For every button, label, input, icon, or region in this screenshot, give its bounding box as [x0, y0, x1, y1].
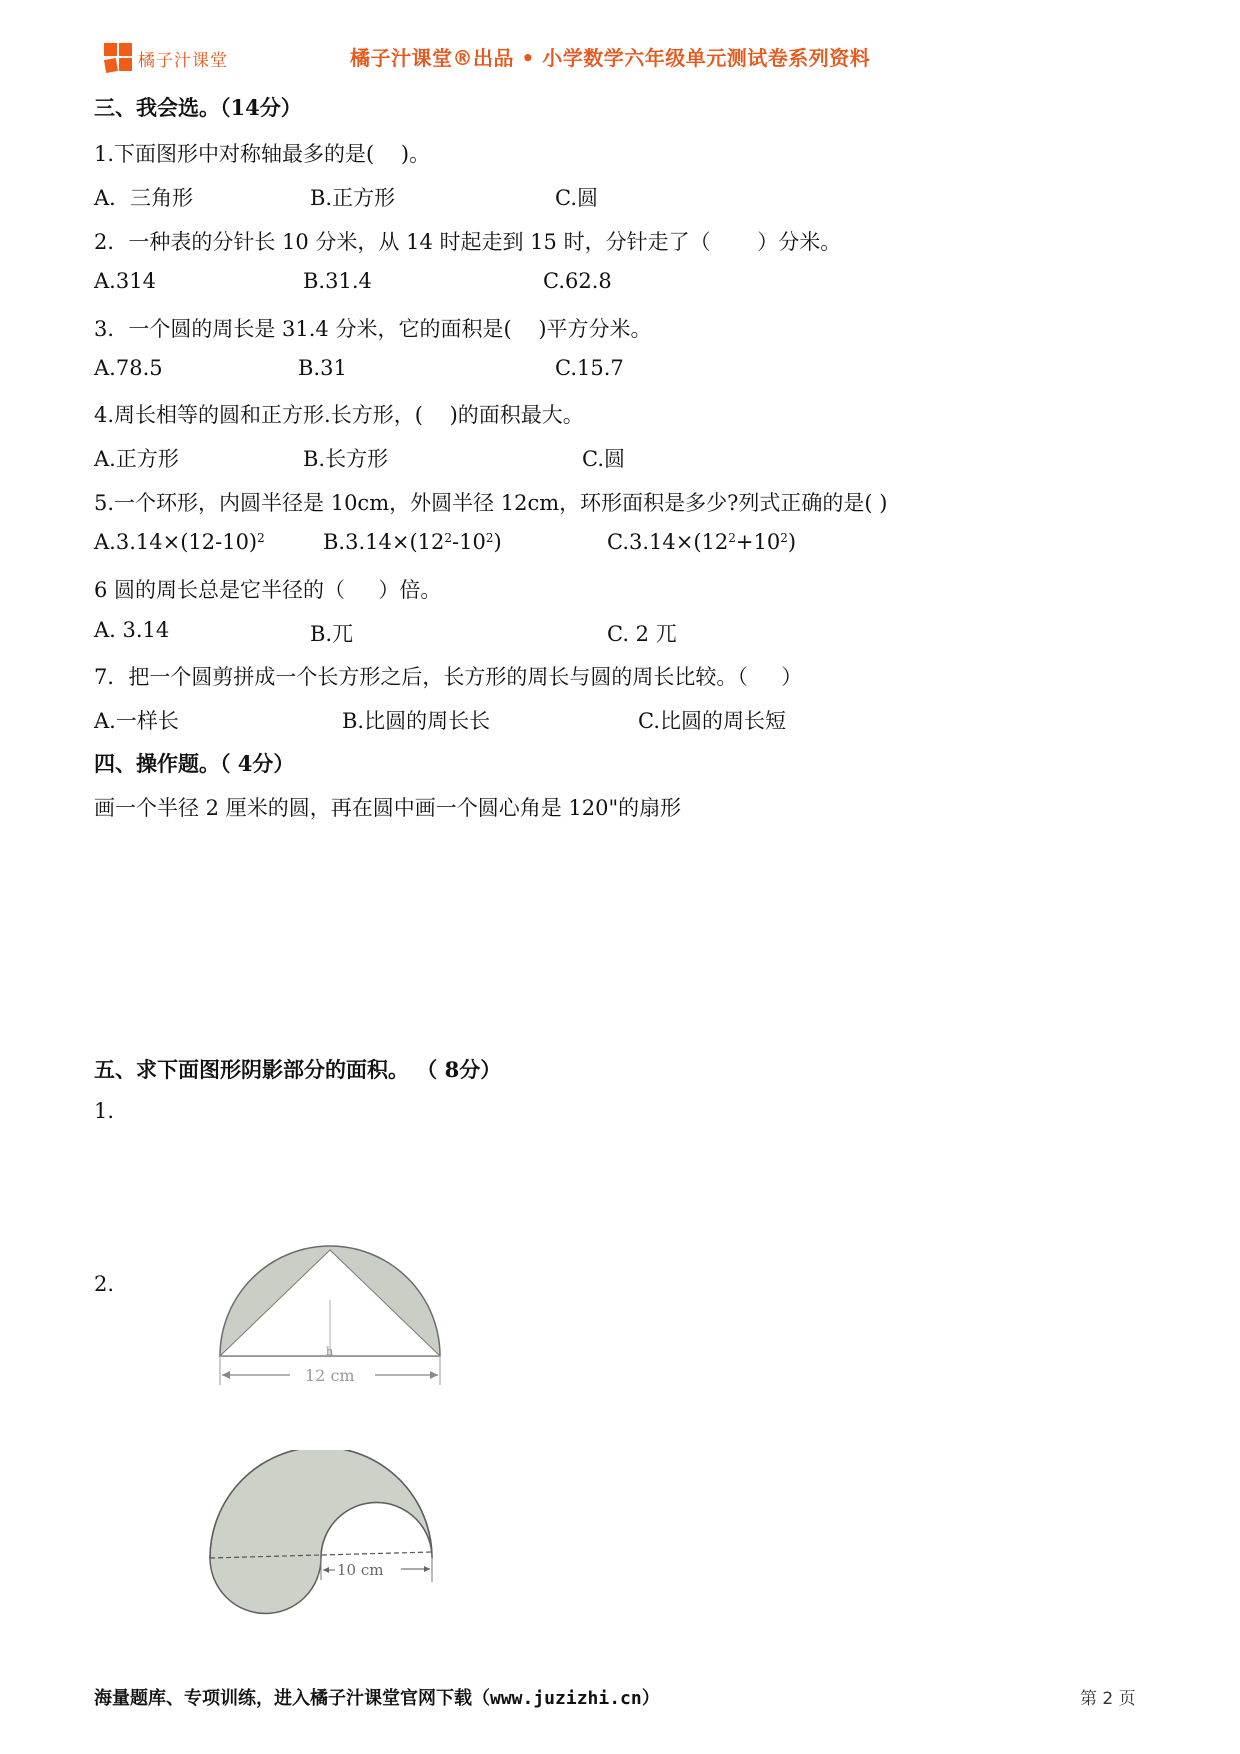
- q7-option-a: A.一样长: [94, 705, 179, 735]
- footer-promo: 海量题库、专项训练，进入橘子汁课堂官网下载（www.juzizhi.cn）: [94, 1684, 660, 1710]
- logo-icon: [104, 43, 134, 73]
- q3-option-c: C.15.7: [555, 356, 624, 380]
- q6-option-a: A. 3.14: [94, 618, 169, 642]
- q1-option-c: C.圆: [555, 182, 598, 212]
- q1-option-b: B.正方形: [310, 182, 395, 212]
- header-title: 橘子汁课堂®出品 • 小学数学六年级单元测试卷系列资料: [350, 42, 870, 71]
- question-2: 2．一种表的分针长 10 分米，从 14 时起走到 15 时，分针走了（ ）分米…: [94, 226, 841, 256]
- section-title-3: 三、我会选。（14分）: [94, 92, 302, 122]
- figure-2-dimension: 10 cm: [337, 1561, 383, 1579]
- figure-2-label: 2.: [94, 1272, 114, 1296]
- q7-option-b: B.比圆的周长长: [342, 705, 490, 735]
- q3-option-b: B.31: [298, 356, 347, 380]
- q5-option-b: B.3.14×(122-102): [323, 530, 502, 554]
- page-number: 第 2 页: [1080, 1684, 1136, 1709]
- section-title-4: 四、操作题。（ 4分）: [94, 748, 294, 778]
- q6-option-b: B.兀: [310, 618, 353, 648]
- logo-text: 橘子汁课堂: [138, 46, 228, 71]
- q1-option-a: A．三角形: [94, 182, 193, 212]
- q7-option-c: C.比圆的周长短: [638, 705, 786, 735]
- q6-option-c: C. 2 兀: [607, 618, 677, 648]
- q3-option-a: A.78.5: [94, 356, 163, 380]
- question-6: 6 圆的周长总是它半径的（ ）倍。: [94, 574, 441, 604]
- q5-option-c: C.3.14×(122+102): [607, 530, 796, 554]
- figure-1-dimension: 12 cm: [305, 1366, 355, 1385]
- q2-option-b: B.31.4: [303, 269, 372, 293]
- q4-option-c: C.圆: [582, 443, 625, 473]
- section-title-5: 五、求下面图形阴影部分的面积。 （ 8分）: [94, 1054, 501, 1084]
- question-3: 3．一个圆的周长是 31.4 分米，它的面积是( )平方分米。: [94, 313, 652, 343]
- q2-option-a: A.314: [94, 269, 156, 293]
- q2-option-c: C.62.8: [543, 269, 612, 293]
- q5-option-a: A.3.14×(12-10)2: [94, 530, 265, 554]
- q4-option-b: B.长方形: [303, 443, 388, 473]
- question-5: 5.一个环形，内圆半径是 10cm，外圆半径 12cm，环形面积是多少?列式正确…: [94, 487, 888, 517]
- q4-option-a: A.正方形: [94, 443, 179, 473]
- brand-logo: 橘子汁课堂: [104, 43, 228, 73]
- figure-2-shaded-shape: 10 cm: [205, 1450, 445, 1625]
- section4-instruction: 画一个半径 2 厘米的圆，再在圆中画一个圆心角是 120"的扇形: [94, 792, 681, 822]
- question-4: 4.周长相等的圆和正方形.长方形，( )的面积最大。: [94, 399, 584, 429]
- figure-1-semicircle: h 12 cm: [210, 1245, 450, 1395]
- figure-1-label: 1.: [94, 1099, 114, 1123]
- question-1: 1.下面图形中对称轴最多的是( )。: [94, 138, 430, 168]
- question-7: 7．把一个圆剪拼成一个长方形之后，长方形的周长与圆的周长比较。（ ）: [94, 661, 802, 691]
